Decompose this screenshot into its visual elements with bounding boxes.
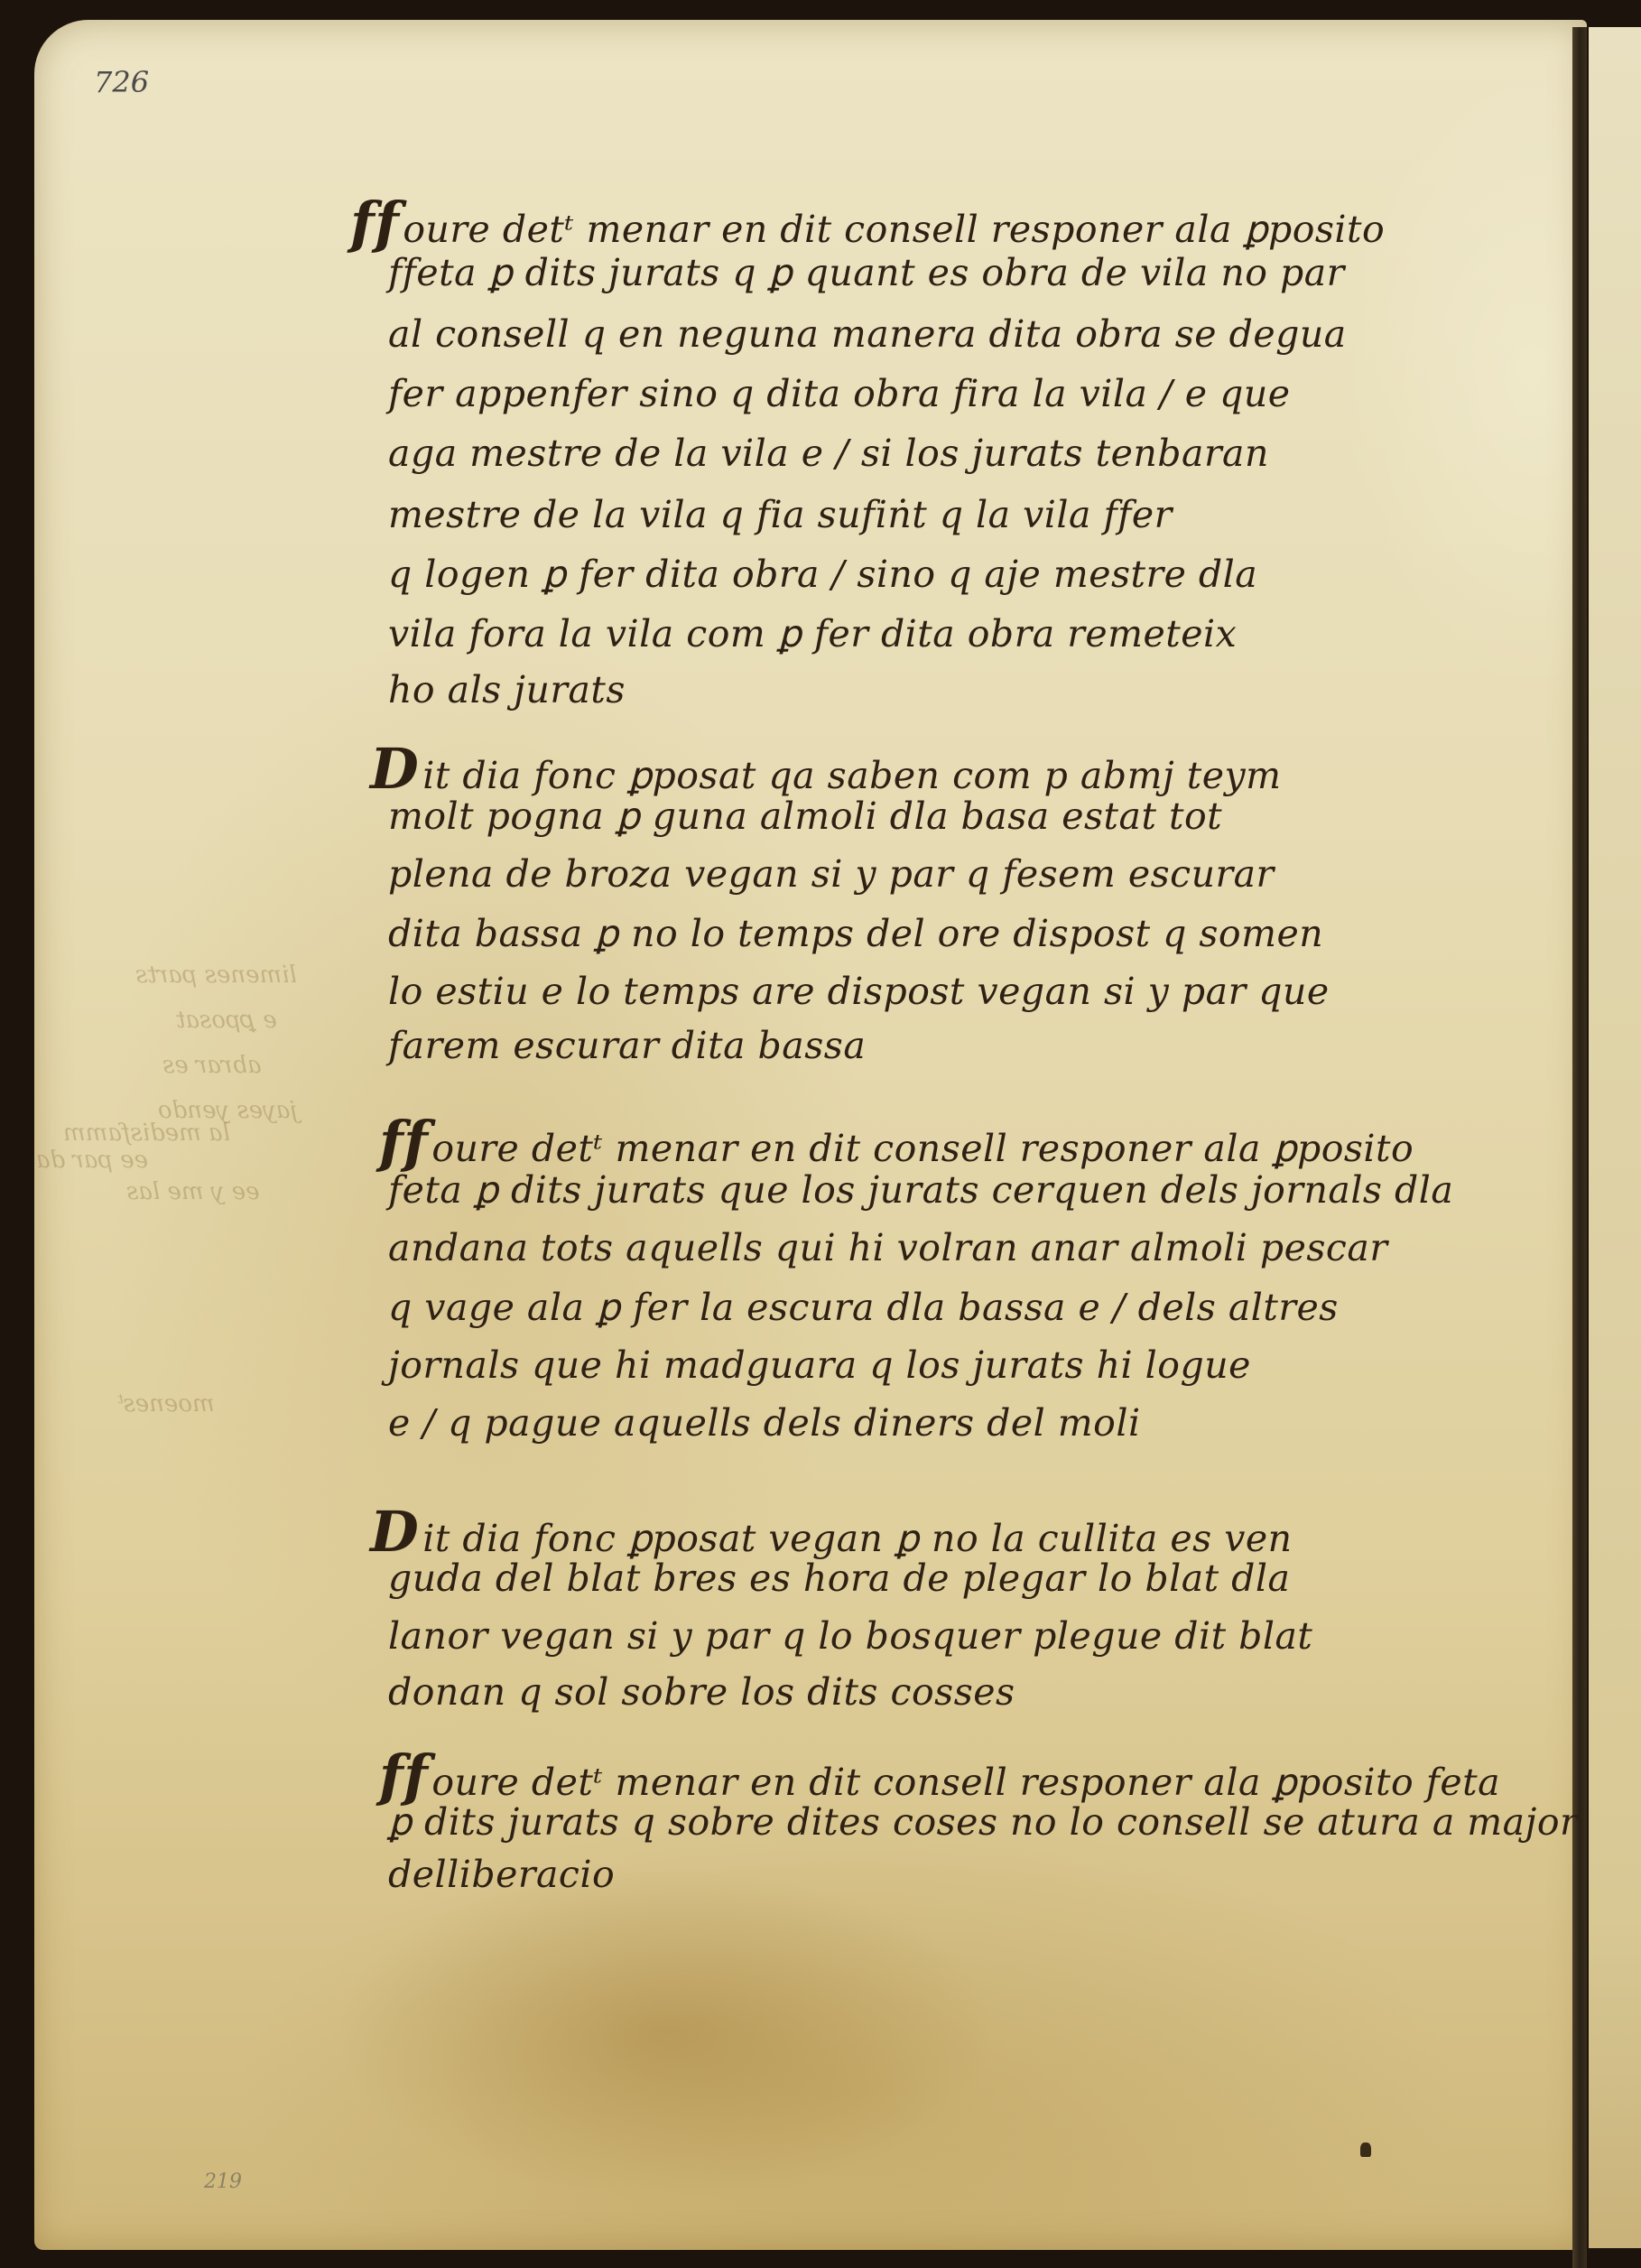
decorated-initial: ff [350,190,399,256]
line-text: oure detᵗ menar en dit consell responer … [431,1761,1500,1804]
manuscript-line: plena de broza vegan si y par q fesem es… [388,852,1275,896]
manuscript-line: e / q pague aquells dels diners del moli [388,1401,1141,1445]
folio-number: 726 [94,65,149,99]
line-text: farem escurar dita bassa [388,1024,866,1067]
bleed-through-line: abrar es [162,1052,262,1079]
manuscript-line: molt pogna ꝑ guna almoli dla basa estat … [388,795,1222,838]
line-text: aga mestre de la vila e / si los jurats … [388,432,1269,475]
manuscript-line: lanor vegan si y par q lo bosquer plegue… [388,1614,1312,1658]
line-text: jornals que hi madguara q los jurats hi … [388,1343,1251,1387]
line-text: feta ꝑ dits jurats que los jurats cerque… [388,1168,1453,1212]
manuscript-line: q vage ala ꝑ fer la escura dla bassa e /… [388,1286,1339,1329]
line-text: mestre de la vila q fia sufiṅt q la vila… [388,493,1173,536]
decorated-initial: D [370,736,419,802]
line-text: q logen ꝑ fer dita obra / sino q aje mes… [388,553,1257,596]
facing-page-edge [1589,27,1641,2248]
ink-blot [1360,2143,1371,2157]
bleed-through-line: la medisfamm [63,1120,230,1147]
manuscript-line: jornals que hi madguara q los jurats hi … [388,1343,1251,1387]
line-text: al consell q en neguna manera dita obra … [388,312,1347,356]
line-text: lanor vegan si y par q lo bosquer plegue… [388,1614,1312,1658]
manuscript-line: ꝑ dits jurats q sobre dites coses no lo … [388,1800,1578,1844]
line-text: donan q sol sobre los dits cosses [388,1670,1015,1714]
line-text: dita bassa ꝑ no lo temps del ore dispost… [388,912,1323,955]
line-text: oure detᵗ menar en dit consell responer … [403,208,1385,251]
manuscript-line: ffoure detᵗ menar en dit consell respone… [379,1743,1500,1808]
line-text: andana tots aquells qui hi volran anar a… [388,1226,1387,1269]
manuscript-line: q logen ꝑ fer dita obra / sino q aje mes… [388,553,1257,596]
manuscript-line: dita bassa ꝑ no lo temps del ore dispost… [388,912,1323,955]
line-text: q vage ala ꝑ fer la escura dla bassa e /… [388,1286,1339,1329]
bleed-through-line: ee par da [36,1147,148,1174]
bleed-through-line: moenesᵗ [117,1390,215,1417]
manuscript-line: donan q sol sobre los dits cosses [388,1670,1015,1714]
manuscript-line: vila fora la vila com ꝑ fer dita obra re… [388,612,1237,655]
binding-gutter [1572,27,1587,2268]
bleed-through-line: e ꝑposat [176,1007,277,1034]
line-text: molt pogna ꝑ guna almoli dla basa estat … [388,795,1222,838]
manuscript-line: aga mestre de la vila e / si los jurats … [388,432,1269,475]
line-text: lo estiu e lo temps are dispost vegan si… [388,970,1330,1013]
decorated-initial: ff [379,1109,428,1175]
manuscript-line: farem escurar dita bassa [388,1024,866,1067]
manuscript-line: Dit dia fonc ꝑposat qa saben com p abmj … [370,736,1282,802]
line-text: ꝑ dits jurats q sobre dites coses no lo … [388,1800,1578,1844]
manuscript-line: delliberacio [388,1853,615,1896]
manuscript-line: feta ꝑ dits jurats que los jurats cerque… [388,1168,1453,1212]
line-text: oure detᵗ menar en dit consell responer … [431,1127,1414,1170]
manuscript-line: ho als jurats [388,668,626,711]
line-text: vila fora la vila com ꝑ fer dita obra re… [388,612,1237,655]
line-text: plena de broza vegan si y par q fesem es… [388,852,1275,896]
foot-number: 219 [204,2170,242,2193]
manuscript-line: al consell q en neguna manera dita obra … [388,312,1347,356]
line-text: ho als jurats [388,668,626,711]
line-text: guda del blat bres es hora de plegar lo … [388,1557,1290,1600]
line-text: delliberacio [388,1853,615,1896]
line-text: fer appenfer sino q dita obra fira la vi… [388,372,1291,415]
manuscript-line: andana tots aquells qui hi volran anar a… [388,1226,1387,1269]
manuscript-line: guda del blat bres es hora de plegar lo … [388,1557,1290,1600]
bleed-through-line: limenes parts [135,962,297,989]
manuscript-line: lo estiu e lo temps are dispost vegan si… [388,970,1330,1013]
manuscript-line: ffoure detᵗ menar en dit consell respone… [379,1109,1414,1175]
manuscript-line: ffeta ꝑ dits jurats q ꝑ quant es obra de… [388,251,1345,294]
line-text: it dia fonc ꝑposat qa saben com p abmj t… [422,754,1281,797]
manuscript-line: Dit dia fonc ꝑposat vegan ꝑ no la cullit… [370,1499,1293,1565]
decorated-initial: ff [379,1743,428,1808]
manuscript-line: mestre de la vila q fia sufiṅt q la vila… [388,493,1173,536]
line-text: e / q pague aquells dels diners del moli [388,1401,1141,1445]
manuscript-line: ffoure detᵗ menar en dit consell respone… [350,190,1385,256]
line-text: it dia fonc ꝑposat vegan ꝑ no la cullita… [422,1517,1292,1560]
decorated-initial: D [370,1499,419,1565]
line-text: ffeta ꝑ dits jurats q ꝑ quant es obra de… [388,251,1345,294]
manuscript-line: fer appenfer sino q dita obra fira la vi… [388,372,1291,415]
bleed-through-line: ee y me las [126,1178,259,1205]
